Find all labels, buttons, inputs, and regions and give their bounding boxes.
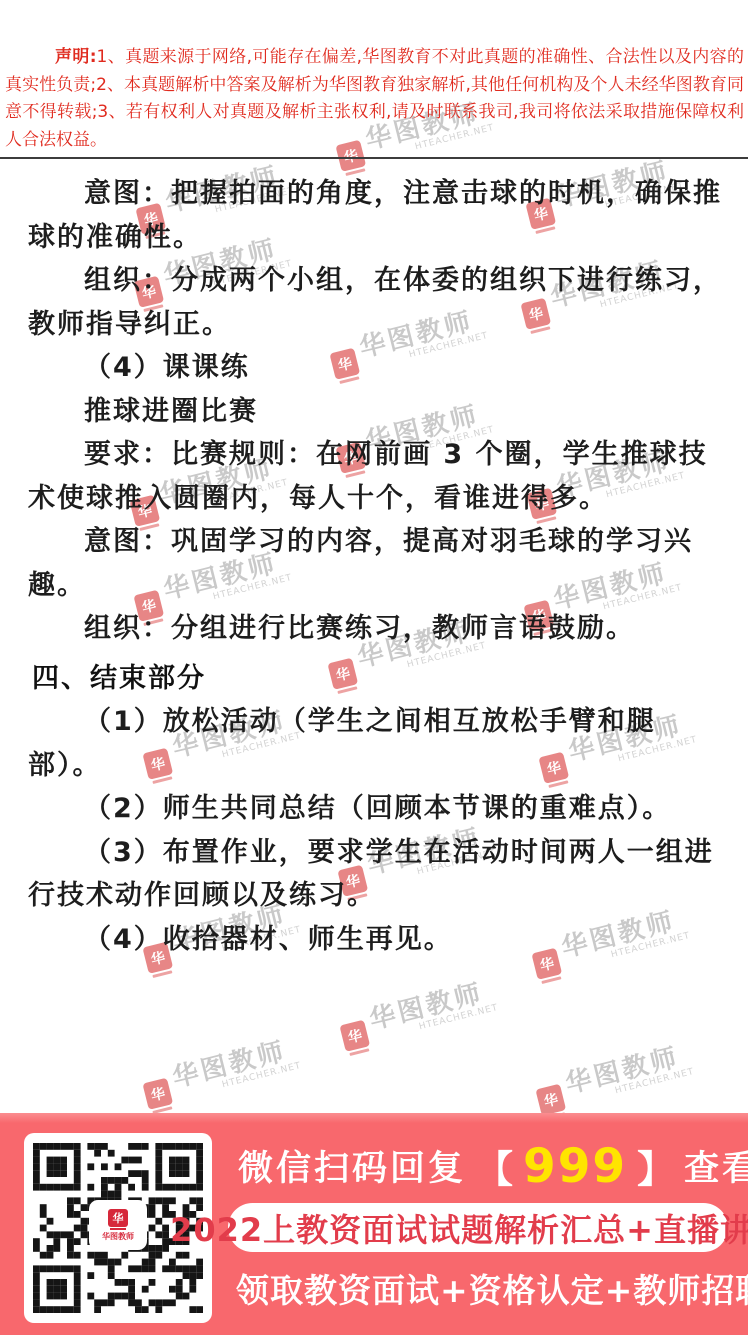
scan-prefix: 微信扫码回复 xyxy=(238,1141,466,1191)
paragraph: （1）放松活动（学生之间相互放松手臂和腿部）。 xyxy=(28,700,724,787)
paragraph: 推球进圈比赛 xyxy=(28,390,724,434)
watermark-domain: HTEACHER.NET xyxy=(221,1061,302,1090)
logo-underline xyxy=(110,1228,126,1230)
paragraph: 组织：分成两个小组，在体委的组织下进行练习，教师指导纠正。 xyxy=(28,259,724,346)
watermark-domain: HTEACHER.NET xyxy=(614,1067,695,1096)
reply-code: 999 xyxy=(523,1143,627,1190)
paragraph: 组织：分组进行比赛练习，教师言语鼓励。 xyxy=(28,607,724,651)
banner-text-block: 微信扫码回复 【 999 】 查看 2022上教资面试试题解析汇总+直播讲解 领… xyxy=(228,1113,738,1335)
paragraph: （4）收拾器材、师生再见。 xyxy=(28,918,724,962)
document-content: 声明:1、真题来源于网络,可能存在偏差,华图教育不对此真题的准确性、合法性以及内… xyxy=(0,0,748,961)
disclaimer-label: 声明: xyxy=(55,47,97,67)
watermark-logo-icon: 华 xyxy=(142,1078,174,1115)
materials-line: 领取教资面试+资格认定+教师招聘资料 xyxy=(236,1265,748,1312)
paragraph: 意图：把握拍面的角度，注意击球的时机，确保推球的准确性。 xyxy=(28,172,724,259)
disclaimer-text: 1、真题来源于网络,可能存在偏差,华图教育不对此真题的准确性、合法性以及内容的真… xyxy=(5,47,744,150)
document-page: 华华图教师HTEACHER.NET华华图教师HTEACHER.NET华华图教师H… xyxy=(0,0,748,1335)
watermark-domain: HTEACHER.NET xyxy=(418,1003,499,1032)
promo-pill-text: 2022上教资面试试题解析汇总+直播讲解 xyxy=(170,1205,748,1251)
paragraph: （2）师生共同总结（回顾本节课的重难点）。 xyxy=(28,787,724,831)
watermark-brand: 华图教师 xyxy=(563,1042,683,1099)
paragraph: （4）课课练 xyxy=(28,346,724,390)
huatu-watermark: 华华图教师HTEACHER.NET xyxy=(140,1036,304,1115)
scan-suffix: 查看 xyxy=(684,1141,748,1191)
paragraph: （3）布置作业，要求学生在活动时间两人一组进行技术动作回顾以及练习。 xyxy=(28,831,724,918)
watermark-brand: 华图教师 xyxy=(170,1036,290,1093)
huatu-watermark: 华华图教师HTEACHER.NET xyxy=(533,1042,697,1121)
paragraph: 意图：巩固学习的内容，提高对羽毛球的学习兴趣。 xyxy=(28,520,724,607)
watermark-logo-icon: 华 xyxy=(339,1020,371,1057)
promo-banner: 华 华图教师 微信扫码回复 【 999 】 查看 2022上教资面试试题解析汇总… xyxy=(0,1113,748,1335)
divider-line xyxy=(0,157,748,159)
wechat-scan-instruction: 微信扫码回复 【 999 】 查看 xyxy=(238,1139,748,1193)
paragraph: 要求：比赛规则：在网前画 3 个圈，学生推球技术使球推入圆圈内，每人十个，看谁进… xyxy=(28,433,724,520)
bracket-open: 【 xyxy=(476,1139,513,1193)
huatu-logo-icon: 华 xyxy=(108,1209,128,1227)
qr-center-logo: 华 华图教师 xyxy=(91,1202,145,1248)
watermark-brand: 华图教师 xyxy=(367,978,487,1035)
huatu-watermark: 华华图教师HTEACHER.NET xyxy=(337,978,501,1057)
lesson-plan-text: 意图：把握拍面的角度，注意击球的时机，确保推球的准确性。组织：分成两个小组，在体… xyxy=(0,172,748,961)
qr-badge-brand: 华图教师 xyxy=(102,1231,134,1242)
disclaimer-paragraph: 声明:1、真题来源于网络,可能存在偏差,华图教育不对此真题的准确性、合法性以及内… xyxy=(5,44,744,154)
bracket-close: 】 xyxy=(637,1139,674,1193)
section-heading: 四、结束部分 xyxy=(28,657,724,701)
promo-pill: 2022上教资面试试题解析汇总+直播讲解 xyxy=(228,1203,728,1252)
